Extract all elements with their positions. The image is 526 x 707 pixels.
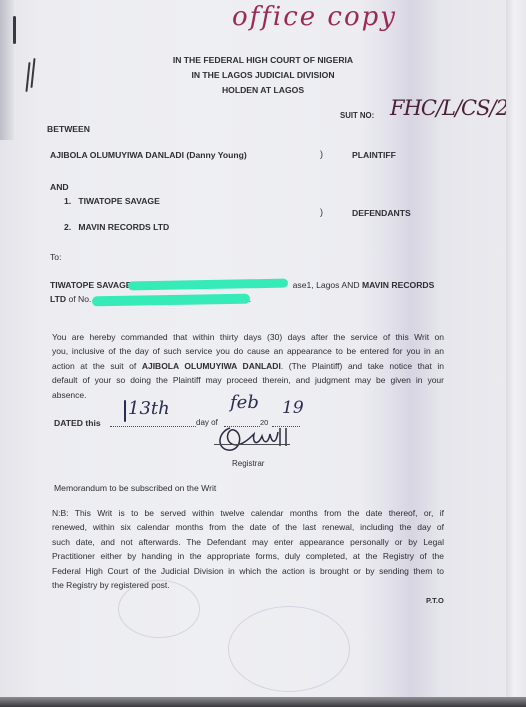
and-label: AND xyxy=(50,182,69,192)
defendant-2-name: MAVIN RECORDS LTD xyxy=(78,222,169,232)
signature-line xyxy=(214,444,290,445)
memorandum-paragraph: N:B: This Writ is to be served within tw… xyxy=(52,506,444,592)
registrar-label: Registrar xyxy=(232,459,264,468)
court-seal-icon xyxy=(228,606,350,692)
memorandum-line: such date, and not afterwards. The Defen… xyxy=(52,535,444,549)
plaintiff-name: AJIBOLA OLUMUYIWA DANLADI (Danny Young) xyxy=(50,150,247,160)
plaintiff-bracket: ) xyxy=(320,149,323,159)
suit-number-label: SUIT NO: xyxy=(340,111,374,120)
day-underline xyxy=(110,426,196,427)
command-line: action at the suit of AJIBOLA OLUMUYIWA … xyxy=(52,359,444,373)
court-title: IN THE FEDERAL HIGH COURT OF NIGERIA xyxy=(0,55,526,65)
court-stamp-icon xyxy=(118,580,200,638)
holden-title: HOLDEN AT LAGOS xyxy=(0,85,526,95)
dated-day-handwritten: 13th xyxy=(128,398,170,419)
page-edge xyxy=(506,0,526,707)
defendant-1-name: TIWATOPE SAVAGE xyxy=(78,196,160,206)
to-label: To: xyxy=(50,252,61,262)
pto-label: P.T.O xyxy=(426,596,444,605)
office-copy-annotation: office copy xyxy=(232,2,397,32)
page-bottom-edge xyxy=(0,697,526,707)
memorandum-line: renewed, within six calendar months from… xyxy=(52,520,444,534)
defendant-1-number: 1. xyxy=(64,196,71,206)
memorandum-line: N:B: This Writ is to be served within tw… xyxy=(52,506,444,520)
memorandum-line: Practitioner either by handing in the ap… xyxy=(52,549,444,563)
between-label: BETWEEN xyxy=(47,124,90,134)
command-line: you, inclusive of the day of such servic… xyxy=(52,344,444,358)
day-bar-mark xyxy=(124,400,126,422)
defendants-bracket: ) xyxy=(320,207,323,217)
memorandum-line: Federal High Court of the Judicial Divis… xyxy=(52,564,444,578)
memorandum-line: the Registry by registered post. xyxy=(52,578,444,592)
defendant-1: 1. TIWATOPE SAVAGE xyxy=(64,196,160,206)
command-line: default of your so doing the Plaintiff m… xyxy=(52,373,444,387)
pen-mark-icon xyxy=(13,16,16,44)
dated-year-handwritten: 19 xyxy=(282,398,304,418)
dated-month-handwritten: feb xyxy=(230,392,259,413)
dated-label: DATED this xyxy=(54,418,101,428)
plaintiff-role: PLAINTIFF xyxy=(352,150,396,160)
memorandum-title: Memorandum to be subscribed on the Writ xyxy=(54,483,216,493)
registrar-signature-icon xyxy=(210,420,300,456)
division-title: IN THE LAGOS JUDICIAL DIVISION xyxy=(0,70,526,80)
defendants-role: DEFENDANTS xyxy=(352,208,411,218)
defendant-2-number: 2. xyxy=(64,222,71,232)
redaction-mark xyxy=(92,294,250,307)
defendant-2: 2. MAVIN RECORDS LTD xyxy=(64,222,169,232)
document-page: office copy IN THE FEDERAL HIGH COURT OF… xyxy=(0,0,514,697)
command-line: You are hereby commanded that within thi… xyxy=(52,330,444,344)
